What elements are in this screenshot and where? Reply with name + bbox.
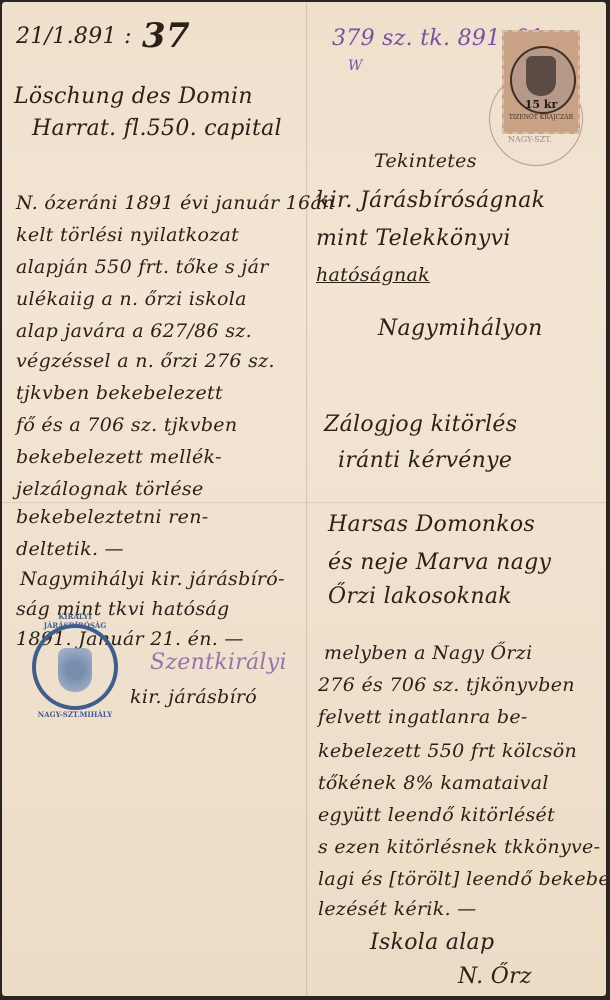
heading-line-2: Harrat. fl.550. capital — [32, 116, 282, 141]
left-body-line: bekebeleztetni ren- — [16, 506, 208, 528]
seal-text-bottom: NAGY-SZT.MIHÁLY — [32, 710, 118, 719]
left-body-line: kelt törlési nyilatkozat — [16, 224, 239, 246]
left-body-line: deltetik. — — [16, 538, 124, 560]
subject-line: iránti kérvénye — [338, 448, 512, 473]
reference-number: 21/1.891 : — [16, 24, 132, 49]
judge-title: kir. járásbíró — [130, 686, 257, 708]
left-body-line: alapján 550 frt. tőke s jár — [16, 256, 269, 278]
right-body-line: lezését kérik. — — [318, 898, 477, 920]
postmark-text: NAGY-SZT. — [508, 135, 552, 144]
judge-signature: Szentkirályi — [150, 650, 287, 675]
heading-line-1: Löschung des Domin — [14, 84, 253, 109]
vertical-fold-line — [306, 2, 308, 996]
right-body-line: lagi és [törölt] leendő bekebe- — [318, 868, 610, 890]
left-body-line: jelzálognak törlése — [16, 478, 204, 500]
revenue-stamp: 15 kr TIZENÖT KRAJCZÁR — [502, 30, 580, 134]
left-body-line: tjkvben bekebelezett — [16, 382, 223, 404]
horizontal-fold-line — [2, 502, 606, 504]
document-sheet: 21/1.891 : 37 Löschung des Domin Harrat.… — [2, 2, 606, 996]
coat-of-arms-icon — [58, 648, 92, 692]
subject-line: Zálogjog kitörlés — [324, 412, 517, 437]
left-body-line: fő és a 706 sz. tjkvben — [16, 414, 237, 436]
stamp-text: TIZENÖT KRAJCZÁR — [504, 114, 578, 121]
right-body-line: kebelezett 550 frt kölcsön — [318, 740, 577, 762]
right-body-line: 276 és 706 sz. tjkönyvben — [318, 674, 575, 696]
right-body-line: s ezen kitörlésnek tkkönyve- — [318, 836, 600, 858]
right-body-line: tőkének 8% kamataival — [318, 772, 549, 794]
address-line: kir. Járásbíróságnak — [316, 188, 545, 213]
petitioner-line: Őrzi lakosoknak — [328, 584, 512, 609]
left-body-line: N. ózeráni 1891 évi január 16án — [16, 192, 335, 214]
seal-text-top: KIRÁLYI JÁRÁSBÍRÓSÁG — [32, 612, 118, 630]
closing-line: Nagymihályi kir. járásbíró- — [20, 568, 285, 590]
left-body-line: bekebelezett mellék- — [16, 446, 222, 468]
crown-crest-icon — [526, 56, 556, 96]
address-line: Tekintetes — [374, 150, 477, 172]
left-body-line: végzéssel a n. őrzi 276 sz. — [16, 350, 275, 372]
left-body-line: ulékaiig a n. őrzi iskola — [16, 288, 247, 310]
registry-initials: W — [348, 58, 363, 74]
petitioner-line: Harsas Domonkos — [328, 512, 535, 537]
address-line: mint Telekkönyvi — [316, 226, 511, 251]
court-seal: KIRÁLYI JÁRÁSBÍRÓSÁG NAGY-SZT.MIHÁLY — [32, 624, 118, 710]
left-body-line: alap javára a 627/86 sz. — [16, 320, 252, 342]
file-number: 37 — [142, 16, 190, 56]
address-line: hatóságnak — [316, 264, 430, 286]
signature-initials: N. Őrz — [458, 964, 532, 989]
signature-school-fund: Iskola alap — [370, 930, 494, 955]
place-name: Nagymihályon — [378, 316, 543, 341]
right-body-line: együtt leendő kitörlését — [318, 804, 555, 826]
right-body-line: felvett ingatlanra be- — [318, 706, 528, 728]
right-body-line: melyben a Nagy Őrzi — [324, 642, 532, 664]
petitioner-line: és neje Marva nagy — [328, 550, 551, 575]
stamp-value: 15 kr — [504, 98, 578, 111]
